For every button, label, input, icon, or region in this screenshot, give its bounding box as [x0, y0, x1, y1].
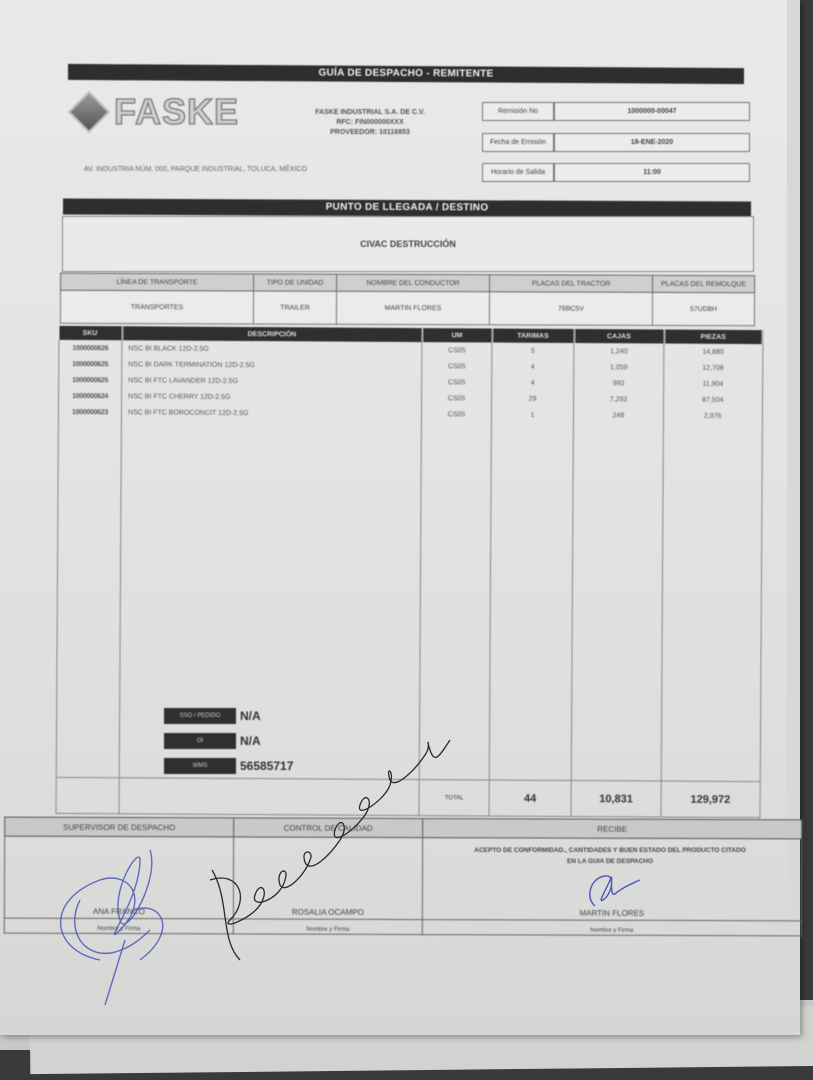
destination-header: PUNTO DE LLEGADA / DESTINO: [63, 198, 751, 217]
item-pallets: 4: [492, 358, 574, 375]
name-and-signature-label: Nombre y Firma: [233, 919, 422, 935]
sig-header-supervisor: SUPERVISOR DE DESPACHO: [5, 817, 234, 837]
trailer-plates: 57UD8H: [652, 292, 754, 325]
col-header: PLACAS DEL TRACTOR: [490, 275, 653, 293]
field-value: 11:00: [555, 164, 749, 181]
company-name: FASKE INDUSTRIAL S.A. DE C.V.: [300, 108, 440, 118]
item-pallets: 4: [492, 374, 574, 391]
acceptance-line: ACEPTO DE CONFORMIDAD., CANTIDADES Y BUE…: [430, 845, 790, 856]
item-unit: CS05: [422, 374, 492, 390]
item-boxes: 7,292: [574, 391, 664, 408]
item-unit: CS05: [421, 406, 491, 422]
col-header-pieces: PIEZAS: [664, 330, 763, 345]
empty-rows: [56, 420, 762, 782]
item-pieces: 12,708: [664, 360, 763, 377]
item-unit: CS05: [422, 390, 492, 406]
item-boxes: 1,240: [574, 343, 664, 360]
document-title: GUÍA DE DESPACHO - REMITENTE: [68, 64, 744, 84]
company-address: AV. INDUSTRIA NÚM. 000, PARQUE INDUSTRIA…: [84, 166, 307, 173]
name-and-signature-label: Nombre y Firma: [4, 918, 233, 934]
field-label: Horario de Salida: [483, 164, 555, 181]
field-value: 1000000-00047: [555, 103, 749, 120]
transport-table: LÍNEA DE TRANSPORTE TIPO DE UNIDAD NOMBR…: [60, 273, 755, 326]
item-description: NSC BI FTC BOROCONCIT 12D-2.5G: [121, 404, 421, 422]
company-rfc: RFC: FIN000000XXX: [300, 118, 440, 128]
item-pallets: 5: [492, 342, 574, 359]
col-header-boxes: CAJAS: [574, 329, 664, 344]
ref-label: SSO / PEDIDO: [164, 708, 236, 724]
quality-name: ROSALIA OCAMPO: [233, 837, 422, 920]
document-content: GUÍA DE DESPACHO - REMITENTE FASKE FASKE…: [0, 0, 800, 1000]
col-header-pallets: TARIMAS: [492, 328, 574, 343]
item-boxes: 992: [574, 375, 664, 392]
item-pallets: 29: [492, 390, 574, 407]
ref-label: WMS: [164, 758, 236, 774]
total-pallets: 44: [489, 780, 571, 816]
unit-type: TRAILER: [253, 291, 336, 324]
item-sku: 1000000623: [58, 404, 121, 420]
item-unit: CS05: [422, 342, 492, 358]
col-header-um: UM: [422, 328, 492, 342]
item-sku: 1000000625: [59, 356, 122, 372]
logo-diamond-icon: [68, 91, 110, 133]
col-header: NOMBRE DEL CONDUCTOR: [337, 274, 490, 292]
col-header: LÍNEA DE TRANSPORTE: [61, 273, 254, 291]
item-pieces: 2,976: [663, 408, 762, 425]
total-boxes: 10,831: [571, 781, 661, 817]
departure-time-field: Horario de Salida 11:00: [482, 163, 750, 182]
destination-name: CIVAC DESTRUCCIÓN: [62, 216, 754, 272]
company-logo: FASKE: [74, 92, 239, 132]
totals-row: TOTAL 44 10,831 129,972: [56, 778, 760, 818]
field-label: Remisión No: [483, 103, 555, 120]
field-label: Fecha de Emisión: [483, 134, 555, 151]
ref-value: N/A: [240, 709, 261, 723]
logo-text: FASKE: [114, 91, 239, 133]
col-header-sku: SKU: [59, 326, 122, 340]
ref-value: 56585717: [240, 759, 293, 773]
supervisor-name: ANA FRANCO: [4, 836, 233, 919]
item-description: NSC BI FTC CHERRY 12D-2.5G: [122, 388, 422, 406]
company-supplier: PROVEEDOR: 10118853: [300, 128, 440, 138]
item-pallets: 1: [491, 406, 573, 423]
item-description: NSC BI FTC LAVANDER 12D-2.5G: [122, 372, 422, 390]
name-and-signature-label: Nombre y Firma: [422, 920, 801, 936]
col-header: PLACAS DEL REMOLQUE: [653, 275, 755, 292]
order-reference: SSO / PEDIDO N/A: [164, 708, 261, 724]
items-table: SKU DESCRIPCIÓN UM TARIMAS CAJAS PIEZAS …: [56, 326, 764, 818]
driver-name: MARTIN FLORES: [336, 291, 489, 325]
item-sku: 1000000624: [59, 388, 122, 404]
remission-number-field: Remisión No 1000000-00047: [482, 102, 750, 121]
issue-date-field: Fecha de Emisión 18-ENE-2020: [482, 133, 750, 152]
transport-line: TRANSPORTES: [60, 290, 253, 324]
ref-value: N/A: [240, 734, 261, 748]
field-value: 18-ENE-2020: [555, 134, 749, 151]
item-pieces: 87,504: [664, 392, 763, 409]
total-pieces: 129,972: [661, 781, 760, 817]
sig-header-quality: CONTROL DE CALIDAD: [234, 818, 423, 838]
acceptance-statement: ACEPTO DE CONFORMIDAD., CANTIDADES Y BUE…: [430, 845, 790, 867]
wms-reference: WMS 56585717: [164, 758, 293, 774]
item-unit: CS05: [422, 358, 492, 374]
item-sku: 1000000625: [59, 372, 122, 388]
signatures-table: SUPERVISOR DE DESPACHO CONTROL DE CALIDA…: [4, 817, 802, 937]
company-info: FASKE INDUSTRIAL S.A. DE C.V. RFC: FIN00…: [300, 108, 440, 138]
acceptance-line: EN LA GUIA DE DESPACHO: [430, 856, 790, 867]
item-description: NSC BI BLACK 12D-2.5G: [122, 340, 422, 358]
item-boxes: 248: [573, 407, 663, 424]
item-description: NSC BI DARK TERMINATION 12D-2.5G: [122, 356, 422, 374]
ref-label: OI: [164, 733, 236, 749]
oi-reference: OI N/A: [164, 733, 261, 749]
dispatch-guide-page: GUÍA DE DESPACHO - REMITENTE FASKE FASKE…: [0, 0, 800, 1035]
col-header: TIPO DE UNIDAD: [254, 274, 337, 291]
total-label: TOTAL: [419, 780, 489, 816]
item-pieces: 11,904: [664, 376, 763, 393]
item-sku: 1000000626: [59, 340, 122, 356]
sig-header-receiver: RECIBE: [423, 819, 802, 839]
tractor-plates: 76BC5V: [489, 292, 652, 326]
item-boxes: 1,059: [574, 359, 664, 376]
item-pieces: 14,880: [664, 344, 763, 361]
